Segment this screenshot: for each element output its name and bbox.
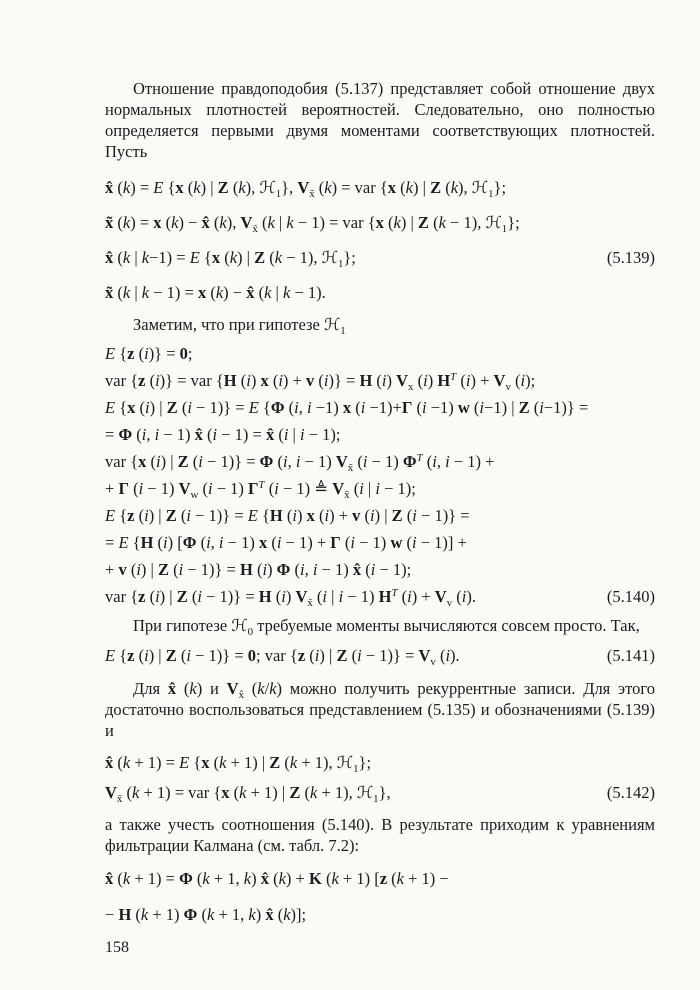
equation-line: + Γ (i − 1) Vw (i − 1) ΓT (i − 1) ≜ Vx̃ … [105, 475, 655, 502]
equation-line: − H (k + 1) Φ (k + 1, k) x̂ (k)]; [105, 897, 655, 933]
equation-line: x̂ (k | k−1) = E {x (k) | Z (k − 1), ℋ1}… [105, 240, 655, 275]
equation-line: = Φ (i, i − 1) x̂ (i − 1) = x̂ (i | i − … [105, 421, 655, 448]
equation-line: + v (i) | Z (i − 1)} = H (i) Φ (i, i − 1… [105, 556, 655, 583]
equation-line: E {z (i) | Z (i − 1)} = 0; var {z (i) | … [105, 641, 655, 671]
document-page: Отношение правдоподобия (5.137) представ… [0, 0, 700, 990]
equation-line: x̃ (k | k − 1) = x (k) − x̂ (k | k − 1). [105, 275, 655, 310]
equation-number-5-139: (5.139) [599, 240, 655, 275]
paragraph-intro: Отношение правдоподобия (5.137) представ… [105, 78, 655, 162]
equation-line: = E {H (i) [Φ (i, i − 1) x (i − 1) + Γ (… [105, 529, 655, 556]
equation-line: Vx̃ (k + 1) = var {x (k + 1) | Z (k + 1)… [105, 778, 655, 808]
equation-number-5-142: (5.142) [599, 778, 655, 808]
paragraph-recurrent: Для x̂ (k) и Vx̂ (k/k) можно получить ре… [105, 678, 655, 741]
equation-number-5-140: (5.140) [599, 583, 655, 610]
equation-line: var {z (i)} = var {H (i) x (i) + v (i)} … [105, 367, 655, 394]
equation-line: E {z (i)} = 0; [105, 340, 655, 367]
page-number: 158 [105, 938, 655, 958]
equation-group-5-142: x̂ (k + 1) = E {x (k + 1) | Z (k + 1), ℋ… [105, 748, 655, 808]
equation-group-5-141: E {z (i) | Z (i − 1)} = 0; var {z (i) | … [105, 641, 655, 671]
paragraph-note: Заметим, что при гипотезе ℋ1 [105, 314, 655, 335]
equation-line: x̂ (k + 1) = E {x (k + 1) | Z (k + 1), ℋ… [105, 748, 655, 778]
equation-group-kalman-filter: x̂ (k + 1) = Φ (k + 1, k) x̂ (k) + K (k … [105, 861, 655, 933]
equation-group-5-140: E {z (i)} = 0; var {z (i)} = var {H (i) … [105, 340, 655, 610]
equation-group-5-139: x̂ (k) = E {x (k) | Z (k), ℋ1}, Vx̃ (k) … [105, 170, 655, 310]
paragraph-kalman: а также учесть соотношения (5.140). В ре… [105, 814, 655, 856]
equation-line: E {z (i) | Z (i − 1)} = E {H (i) x (i) +… [105, 502, 655, 529]
equation-line: x̂ (k) = E {x (k) | Z (k), ℋ1}, Vx̃ (k) … [105, 170, 655, 205]
paragraph-hypothesis-h0: При гипотезе ℋ0 требуемые моменты вычисл… [105, 615, 655, 636]
equation-line: var {x (i) | Z (i − 1)} = Φ (i, i − 1) V… [105, 448, 655, 475]
equation-line: x̃ (k) = x (k) − x̂ (k), Vx̃ (k | k − 1)… [105, 205, 655, 240]
equation-line: x̂ (k + 1) = Φ (k + 1, k) x̂ (k) + K (k … [105, 861, 655, 897]
equation-line: E {x (i) | Z (i − 1)} = E {Φ (i, i −1) x… [105, 394, 655, 421]
equation-line: var {z (i) | Z (i − 1)} = H (i) Vx̃ (i |… [105, 583, 655, 610]
equation-number-5-141: (5.141) [599, 641, 655, 671]
